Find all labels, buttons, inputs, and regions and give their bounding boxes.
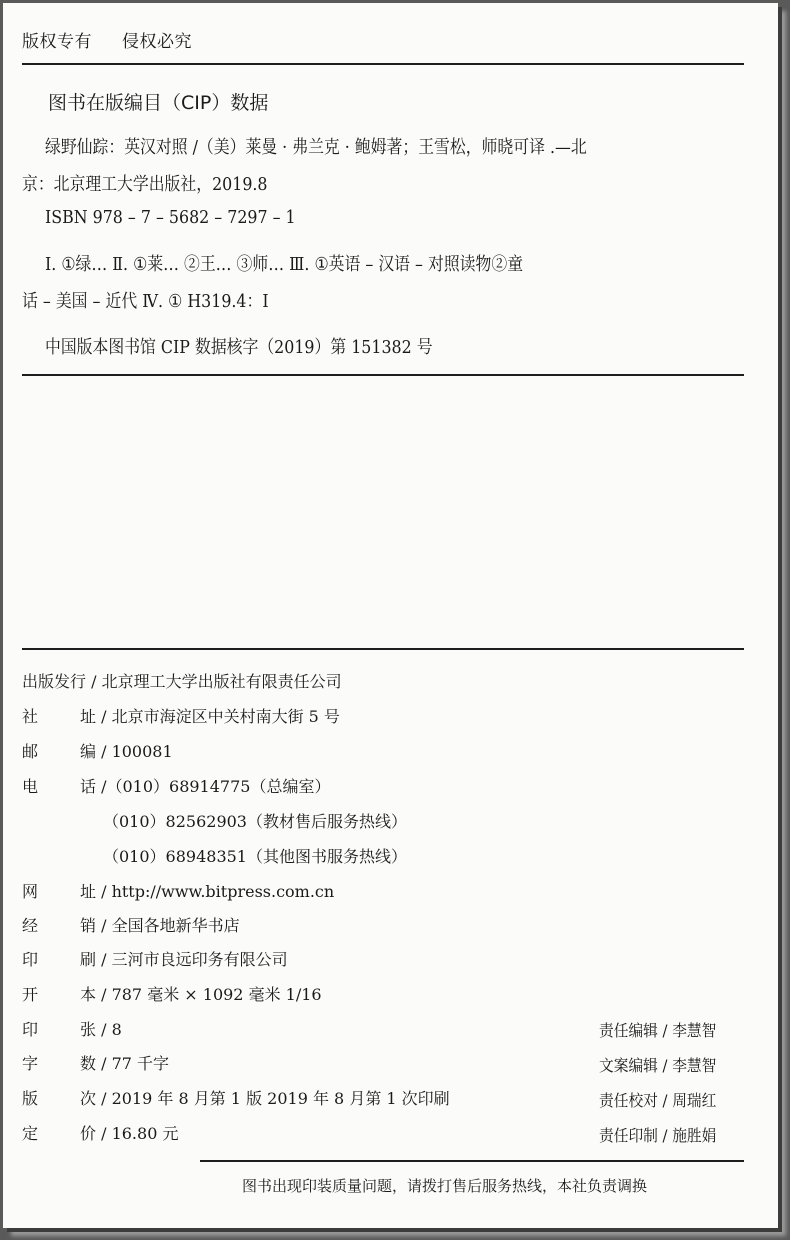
info-label-format: 开 <box>22 982 38 1005</box>
cip-divider <box>22 374 744 376</box>
staff-print-supervisor: 责任印制 / 施胜娟 <box>599 1123 716 1146</box>
info-label-word-count: 字 <box>22 1051 38 1074</box>
top-divider <box>22 63 744 65</box>
info-value-phone-main: 话 /（010）68914775（总编室） <box>80 774 330 797</box>
info-label-printer: 印 <box>22 947 38 970</box>
info-label-website: 网 <box>22 879 38 902</box>
info-value-printer: 刷 / 三河市良远印务有限公司 <box>80 947 288 970</box>
info-value-edition: 次 / 2019 年 8 月第 1 版 2019 年 8 月第 1 次印刷 <box>80 1086 450 1109</box>
info-label-address: 社 <box>22 704 38 727</box>
rights-reserved: 版权专有 <box>22 27 92 52</box>
info-value-address: 址 / 北京市海淀区中关村南大街 5 号 <box>80 704 340 727</box>
cip-isbn: ISBN 978 – 7 – 5682 – 7297 – 1 <box>45 207 296 228</box>
info-value-distribution: 销 / 全国各地新华书店 <box>80 913 240 936</box>
info-value-phone-other: （010）68948351（其他图书服务热线） <box>103 844 407 867</box>
footer-divider <box>200 1160 744 1162</box>
info-value-phone-textbook: （010）82562903（教材售后服务热线） <box>103 809 407 832</box>
cip-bibliographic-line-1: 绿野仙踪：英汉对照 /（美）莱曼 · 弗兰克 · 鲍姆著；王雪松，师晓可译 .—… <box>45 133 587 159</box>
info-label-sheets: 印 <box>22 1017 38 1040</box>
quality-notice: 图书出现印装质量问题，请拨打售后服务热线，本社负责调换 <box>242 1175 647 1196</box>
cip-title: 图书在版编目（CIP）数据 <box>48 88 268 115</box>
publisher: 出版发行 / 北京理工大学出版社有限责任公司 <box>22 669 342 692</box>
cip-bibliographic-line-2: 京：北京理工大学出版社，2019.8 <box>22 170 268 196</box>
info-value-postcode: 编 / 100081 <box>80 739 173 762</box>
info-label-distribution: 经 <box>22 913 38 936</box>
staff-responsible-editor: 责任编辑 / 李慧智 <box>599 1018 716 1041</box>
info-value-website: 址 / http://www.bitpress.com.cn <box>80 879 334 902</box>
info-value-format: 本 / 787 毫米 × 1092 毫米 1/16 <box>80 982 322 1005</box>
cip-classification-line-1: Ⅰ. ①绿… Ⅱ. ①莱… ②王… ③师… Ⅲ. ①英语 – 汉语 – 对照读物… <box>45 250 523 276</box>
info-label-price: 定 <box>22 1121 38 1144</box>
cip-classification-line-2: 话 – 美国 – 近代 Ⅳ. ① H319.4：I <box>22 287 269 313</box>
info-label-edition: 版 <box>22 1086 38 1109</box>
info-value-word-count: 数 / 77 千字 <box>80 1051 169 1074</box>
info-label-phone: 电 <box>22 774 38 797</box>
staff-proofreader: 责任校对 / 周瑞红 <box>599 1088 716 1111</box>
piracy-warning: 侵权必究 <box>122 27 192 52</box>
info-value-sheets: 张 / 8 <box>80 1017 122 1040</box>
info-label-postcode: 邮 <box>22 739 38 762</box>
info-value-price: 价 / 16.80 元 <box>80 1121 178 1144</box>
publication-divider <box>22 648 744 650</box>
staff-copy-editor: 文案编辑 / 李慧智 <box>599 1053 716 1076</box>
cip-verification-number: 中国版本图书馆 CIP 数据核字（2019）第 151382 号 <box>45 333 433 359</box>
copyright-page: 版权专有 侵权必究 图书在版编目（CIP）数据 绿野仙踪：英汉对照 /（美）莱曼… <box>3 3 778 1228</box>
